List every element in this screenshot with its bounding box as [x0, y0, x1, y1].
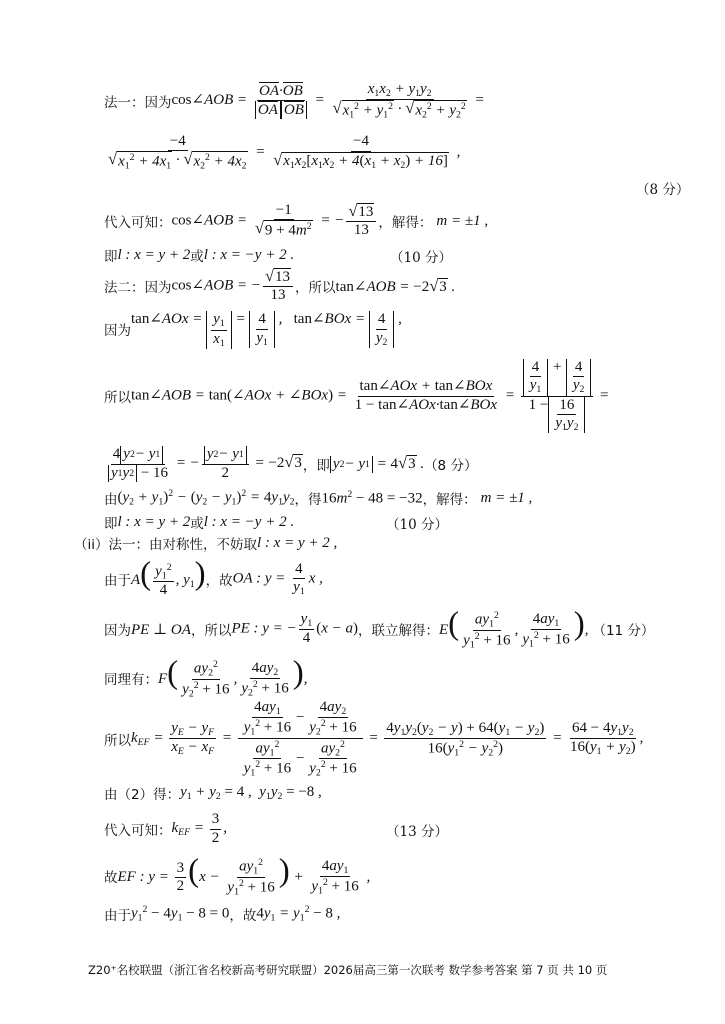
text-label: ，所以 — [191, 619, 232, 639]
text-label: 或 — [190, 245, 204, 265]
line-identity: 由 (y2 + y1)2 − (y2 − y1)2 = 4y1y2 ，得 16m… — [104, 486, 532, 510]
math-line-oa: OA : y = 4y1x , — [233, 561, 323, 597]
math-line-eq: l : x = −y + 2 . — [204, 247, 294, 264]
line-point-a: 由于 A(y124, y1) ，故 OA : y = 4y1x , — [104, 556, 323, 602]
math-cos-aob: cos∠AOB = OA·OBOAOB = x1x2 + y1y2√x12 + … — [172, 81, 485, 121]
text-label: 即 — [104, 245, 118, 265]
math-point-f: F(ay22y22 + 16,4ay2y22 + 16), — [158, 657, 307, 700]
math-tan-sum: tan∠AOB = tan(∠AOx + ∠BOx) = tan∠AOx + t… — [131, 359, 609, 433]
score-8-a: （8 分） — [636, 178, 689, 198]
math-tan-result: tan∠AOB = −2√3 . — [336, 277, 456, 296]
math-quadratic-result: 4y1 = y12 − 8 , — [256, 904, 340, 923]
text-label: 由 — [104, 488, 118, 508]
math-m-equation: 16m2 − 48 = −32 — [322, 489, 423, 507]
text-label: 代入可知： — [104, 819, 172, 839]
section-label-ii: （ii）法一：由对称性，不妨取 — [74, 533, 257, 553]
text-label: 因为 — [104, 619, 131, 639]
score-11: （11 分） — [592, 619, 654, 639]
text-label: 由于 — [104, 569, 131, 589]
math-m-result: m = ±1 , — [481, 490, 533, 507]
text-label: 或 — [190, 512, 204, 532]
line-l-equations-a: 即 l : x = y + 2 或 l : x = −y + 2 . — [104, 244, 294, 266]
math-slope-value: kEF = 32, — [172, 811, 227, 847]
score-10-a: （10 分） — [390, 246, 452, 266]
score-13: （13 分） — [386, 820, 448, 840]
page-footer: Z20⁺名校联盟（浙江省名校新高考研究联盟）2026届高三第一次联考 数学参考答… — [88, 962, 607, 978]
text-label: ，解得： — [378, 211, 432, 231]
math-perpendicular: PE ⊥ OA — [131, 620, 191, 639]
text-label: ，解得： — [423, 488, 477, 508]
math-quadratic: y12 − 4y1 − 8 = 0 — [131, 904, 229, 923]
line-cos-aob-def: 法一：因为 cos∠AOB = OA·OBOAOB = x1x2 + y1y2√… — [104, 72, 485, 130]
line-substitute-m: 代入可知： cos∠AOB = −1√9 + 4m2 = −√1313 ，解得：… — [104, 198, 488, 244]
line-point-f: 同理有： F(ay22y22 + 16,4ay2y22 + 16), — [104, 652, 307, 704]
text-label: ，故 — [229, 904, 256, 924]
text-label: ，联立解得： — [358, 619, 439, 639]
text-label: ，即 — [303, 454, 330, 474]
score-10-b: （10 分） — [386, 513, 448, 533]
math-tan-aox: tan∠AOx = y1x1 = 4y1 , tan∠BOx = 4y2 , — [131, 309, 402, 348]
text-label: 代入可知： — [104, 211, 172, 231]
line-slope-ef: 所以 kEF = yE − yFxE − xF = 4ay1y12 + 16−4… — [104, 698, 643, 780]
math-line-pe: PE : y = −y14(x − a) — [231, 611, 358, 647]
math-abs-result: y2 − y1 = 4√3 . — [330, 455, 424, 473]
math-cos-simplify: −4√x12 + 4x1 · √x22 + 4x2 = −4√x1x2[x1x2… — [104, 133, 460, 172]
text-label: 法一：因为 — [104, 91, 172, 111]
text-label: 所以 — [104, 386, 131, 406]
text-label: ，所以 — [295, 276, 336, 296]
line-quadratic: 由于 y12 − 4y1 − 8 = 0 ，故 4y1 = y12 − 8 , — [104, 902, 340, 926]
text-label: 法二：因为 — [104, 276, 172, 296]
text-label: 故 — [104, 866, 118, 886]
line-tan-sum: 所以 tan∠AOB = tan(∠AOx + ∠BOx) = tan∠AOx … — [104, 356, 609, 436]
math-identity: (y2 + y1)2 − (y2 − y1)2 = 4y1y2 — [118, 488, 295, 507]
math-point-e: E(ay12y12 + 16,4ay1y12 + 16), — [439, 608, 588, 651]
math-line-eq: l : x = y + 2 — [118, 514, 191, 531]
line-l-equations-b: 即 l : x = y + 2 或 l : x = −y + 2 . — [104, 511, 294, 533]
line-slope-value: 代入可知： kEF = 32, — [104, 806, 227, 852]
line-abs-diff: 4y2 − y1y1y2 − 16 = −y2 − y12 = −2√3 ，即 … — [104, 440, 477, 488]
line-ef-equation: 故 EF : y = 32(x − ay12y12 + 16) + 4ay1y1… — [104, 850, 370, 902]
math-line-eq: l : x = y + 2 — [118, 247, 191, 264]
line-tan-aox: 因为 tan∠AOx = y1x1 = 4y1 , tan∠BOx = 4y2 … — [104, 306, 402, 352]
line-method-two: 法二：因为 cos∠AOB = −√1313 ，所以 tan∠AOB = −2√… — [104, 266, 455, 306]
math-line-eq: l : x = −y + 2 . — [204, 514, 294, 531]
text-label: 由于 — [104, 904, 131, 924]
score-8-b: （8 分） — [424, 454, 477, 474]
math-slope-ef: kEF = yE − yFxE − xF = 4ay1y12 + 16−4ay2… — [131, 699, 643, 779]
math-m-result: m = ±1 , — [436, 213, 488, 230]
math-line-eq: l : x = y + 2 , — [257, 535, 337, 552]
math-vieta: y1 + y2 = 4 , y1y2 = −8 , — [180, 784, 322, 802]
text-label: 同理有： — [104, 668, 158, 688]
math-point-a: A(y124, y1) — [131, 558, 206, 599]
text-label: 由（2）得： — [104, 783, 180, 803]
line-part-ii: （ii）法一：由对称性，不妨取 l : x = y + 2 , — [74, 532, 337, 554]
math-cos-value: cos∠AOB = −√1313 — [172, 268, 296, 305]
text-label: 因为 — [104, 319, 131, 339]
text-label: 即 — [104, 512, 118, 532]
line-vieta: 由（2）得： y1 + y2 = 4 , y1y2 = −8 , — [104, 782, 322, 804]
text-label: ，得 — [295, 488, 322, 508]
math-cos-value: cos∠AOB = −1√9 + 4m2 = −√1313 — [172, 202, 379, 240]
line-cos-aob-simplify: −4√x12 + 4x1 · √x22 + 4x2 = −4√x1x2[x1x2… — [104, 127, 460, 177]
math-abs-diff: 4y2 − y1y1y2 − 16 = −y2 − y12 = −2√3 — [104, 446, 303, 482]
math-ef-equation: EF : y = 32(x − ay12y12 + 16) + 4ay1y12 … — [118, 855, 371, 898]
text-label: 所以 — [104, 729, 131, 749]
line-point-e: 因为 PE ⊥ OA ，所以 PE : y = −y14(x − a) ，联立解… — [104, 604, 654, 654]
text-label: ，故 — [206, 569, 233, 589]
